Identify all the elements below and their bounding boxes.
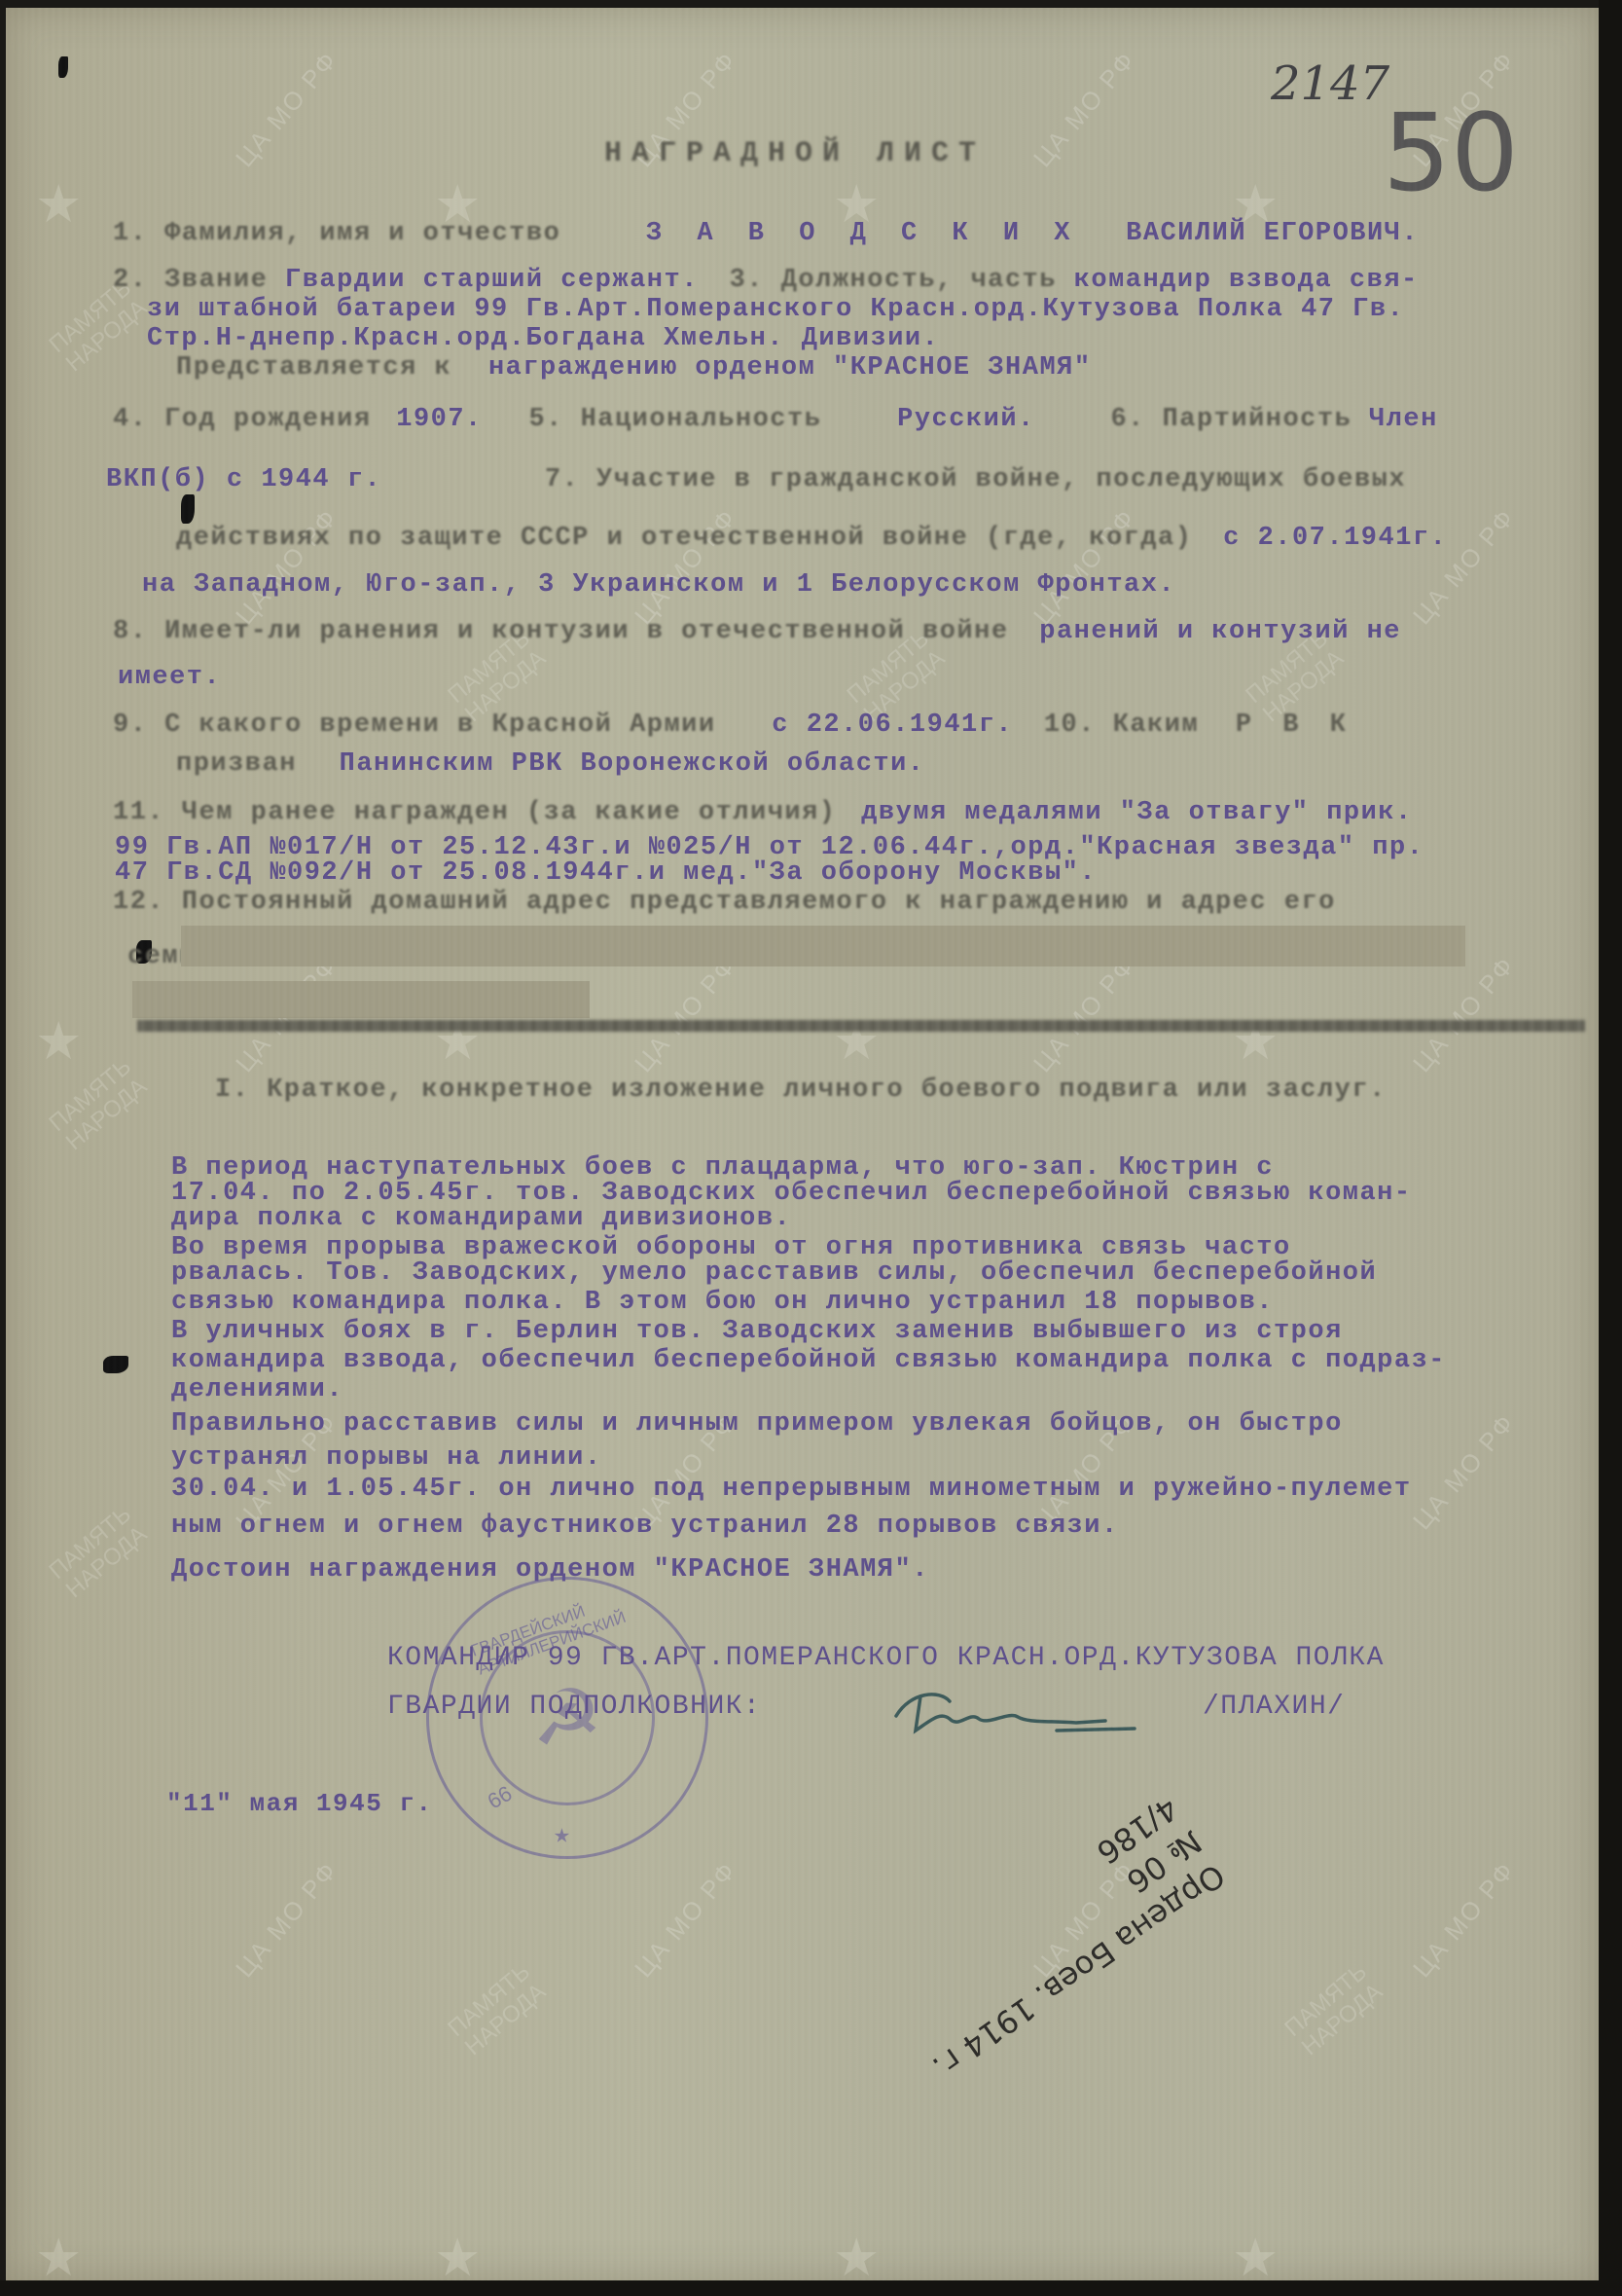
field-6-party-line2: ВКП(б) с 1944 г.	[106, 465, 381, 494]
field-3-position-line3: Стр.Н-днепр.Красн.орд.Богдана Хмельн. Ди…	[147, 324, 939, 353]
field-11-awards-line3: 47 Гв.СД №092/Н от 25.08.1944г.и мед."За…	[115, 858, 1097, 888]
field-7-label-line2: действиях по защите СССР и отечественной…	[176, 524, 1192, 553]
document-title: НАГРАДНОЙ ЛИСТ	[604, 137, 986, 170]
watermark-archive: ЦА МО РФ	[1407, 502, 1521, 631]
field-5-nationality: Русский.	[897, 405, 1035, 434]
field-6-label: 6. Партийность	[1110, 405, 1352, 434]
section-divider	[137, 1020, 1585, 1032]
watermark-star-icon: ★	[1232, 2227, 1279, 2288]
signature-icon	[882, 1682, 1154, 1740]
field-6-7: ВКП(б) с 1944 г. 7. Участие в гражданско…	[106, 465, 1406, 494]
watermark-archive: ЦА МО РФ	[629, 950, 742, 1078]
presented-label: Представляется к	[176, 353, 451, 383]
watermark-star-icon: ★	[35, 1010, 82, 1072]
field-1-label: 1. Фамилия, имя и отчество	[113, 219, 560, 248]
narrative-line: ным огнем и огнем фаустников устранил 28…	[171, 1512, 1119, 1541]
field-5-label: 5. Национальность	[528, 405, 821, 434]
punch-hole	[181, 494, 195, 524]
field-8-label: 8. Имеет-ли ранения и контузии в отечест…	[113, 617, 1009, 646]
watermark-archive: ЦА МО РФ	[1027, 950, 1141, 1078]
narrative-line: дира полка с командирами дивизионов.	[171, 1204, 791, 1233]
field-1-surname: З А В О Д С К И Х	[646, 219, 1079, 248]
document-page: ЦА МО РФ ЦА МО РФ ЦА МО РФ ЦА МО РФ ЦА М…	[6, 8, 1599, 2280]
watermark-archive: ЦА МО РФ	[1027, 502, 1141, 631]
narrative-line: командира взвода, обеспечил бесперебойно…	[171, 1346, 1446, 1375]
field-10-line2: призван Панинским РВК Воронежской област…	[176, 749, 925, 779]
watermark-project: ПАМЯТЬНАРОДА	[444, 1959, 552, 2061]
punch-hole	[103, 1356, 128, 1373]
section-heading: I. Краткое, конкретное изложение личного…	[215, 1075, 1387, 1105]
redacted-address	[181, 926, 560, 966]
stamp-star-icon: ★	[554, 1817, 570, 1851]
watermark-project: ПАМЯТЬНАРОДА	[45, 1502, 153, 1604]
commander-rank: ГВАРДИИ ПОДПОЛКОВНИК:	[387, 1692, 761, 1722]
field-4-5-6: 4. Год рождения 1907. 5. Национальность …	[113, 405, 1438, 434]
document-date: "11" мая 1945 г.	[166, 1789, 433, 1818]
handwritten-annotation: Ордена Боев. 1914 г. № 06 4/186	[878, 1788, 1233, 2088]
field-12-label-line1: 12. Постоянный домашний адрес представля…	[113, 888, 1336, 917]
watermark-project: ПАМЯТЬНАРОДА	[45, 1054, 153, 1156]
presented-award: награждению орденом "КРАСНОЕ ЗНАМЯ"	[488, 353, 1092, 383]
narrative-line: 30.04. и 1.05.45г. он лично под непрерыв…	[171, 1475, 1412, 1504]
watermark-archive: ЦА МО РФ	[230, 1855, 343, 1984]
watermark-archive: ЦА МО РФ	[230, 45, 343, 173]
field-9-since: с 22.06.1941г.	[772, 711, 1013, 740]
field-3-position-line2: зи штабной батареи 99 Гв.Арт.Померанског…	[147, 295, 1404, 324]
field-7-fronts: на Западном, Юго-зап., 3 Украинском и 1 …	[142, 570, 1175, 600]
field-9-10: 9. С какого времени в Красной Армии с 22…	[113, 711, 1353, 740]
watermark-star-icon: ★	[434, 2227, 481, 2288]
watermark-archive: ЦА МО РФ	[629, 502, 742, 631]
watermark-archive: ЦА МО РФ	[1407, 1407, 1521, 1536]
field-2-label: 2. Звание	[113, 266, 268, 295]
field-7-line2: действиях по защите СССР и отечественной…	[176, 524, 1447, 553]
field-1-given-names: ВАСИЛИЙ ЕГОРОВИЧ.	[1126, 219, 1419, 248]
field-1-name: 1. Фамилия, имя и отчество З А В О Д С К…	[113, 219, 1419, 248]
watermark-archive: ЦА МО РФ	[1407, 1855, 1521, 1984]
narrative-line: связью командира полка. В этом бою он ли…	[171, 1288, 1274, 1317]
redacted-address	[560, 926, 1465, 966]
punch-hole	[58, 56, 68, 78]
field-8: 8. Имеет-ли ранения и контузии в отечест…	[113, 617, 1401, 646]
field-9-label: 9. С какого времени в Красной Армии	[113, 711, 716, 740]
narrative-line: Правильно расставив силы и личным пример…	[171, 1409, 1343, 1439]
field-10-label: 10. Каким	[1044, 711, 1199, 740]
narrative-line: делениями.	[171, 1375, 343, 1404]
field-4-birth-year: 1907.	[396, 405, 483, 434]
field-7-service-start: с 2.07.1941г.	[1223, 524, 1447, 553]
field-6-party-line1: Член	[1369, 405, 1438, 434]
field-7-label-line1: 7. Участие в гражданской войне, последую…	[545, 465, 1406, 494]
field-10-rvk: Р В К	[1236, 711, 1353, 740]
commander-name: /ПЛАХИН/	[1203, 1692, 1345, 1722]
watermark-archive: ЦА МО РФ	[629, 1855, 742, 1984]
field-2-3: 2. Звание Гвардии старший сержант. 3. До…	[113, 266, 1419, 295]
scan-border-right	[1599, 0, 1622, 2296]
narrative-line: устранял порывы на линии.	[171, 1443, 602, 1473]
field-8-wounds-line2: имеет.	[118, 663, 221, 692]
archive-number: 2147	[1271, 56, 1389, 111]
field-10-label2: призван	[176, 749, 297, 779]
narrative-line: рвалась. Тов. Заводских, умело расставив…	[171, 1258, 1377, 1288]
watermark-archive: ЦА МО РФ	[1027, 45, 1141, 173]
watermark-archive: ЦА МО РФ	[230, 502, 343, 631]
field-11-label: 11. Чем ранее награжден (за какие отличи…	[113, 798, 837, 827]
sheet-number: 50	[1383, 91, 1519, 215]
field-4-label: 4. Год рождения	[113, 405, 372, 434]
watermark-archive: ЦА МО РФ	[1407, 950, 1521, 1078]
commander-title: КОМАНДИР 99 ГВ.АРТ.ПОМЕРАНСКОГО КРАСН.ОР…	[387, 1643, 1385, 1673]
field-11: 11. Чем ранее награжден (за какие отличи…	[113, 798, 1413, 827]
watermark-star-icon: ★	[833, 2227, 880, 2288]
watermark-project: ПАМЯТЬНАРОДА	[1280, 1959, 1388, 2061]
field-2-rank: Гвардии старший сержант.	[285, 266, 699, 295]
field-3-label: 3. Должность, часть	[730, 266, 1057, 295]
watermark-star-icon: ★	[35, 2227, 82, 2288]
redacted-address	[132, 981, 590, 1018]
field-10-drafted-by: Панинским РВК Воронежской области.	[340, 749, 925, 779]
field-3-position-line1: командир взвода свя-	[1074, 266, 1419, 295]
field-11-awards-line1: двумя медалями "За отвагу" прик.	[861, 798, 1412, 827]
narrative-line: В уличных боях в г. Берлин тов. Заводски…	[171, 1317, 1343, 1346]
scan-border-bottom	[0, 2280, 1622, 2296]
presented-for: Представляется к награждению орденом "КР…	[176, 353, 1092, 383]
field-8-wounds-line1: ранений и контузий не	[1039, 617, 1401, 646]
watermark-star-icon: ★	[35, 173, 82, 235]
